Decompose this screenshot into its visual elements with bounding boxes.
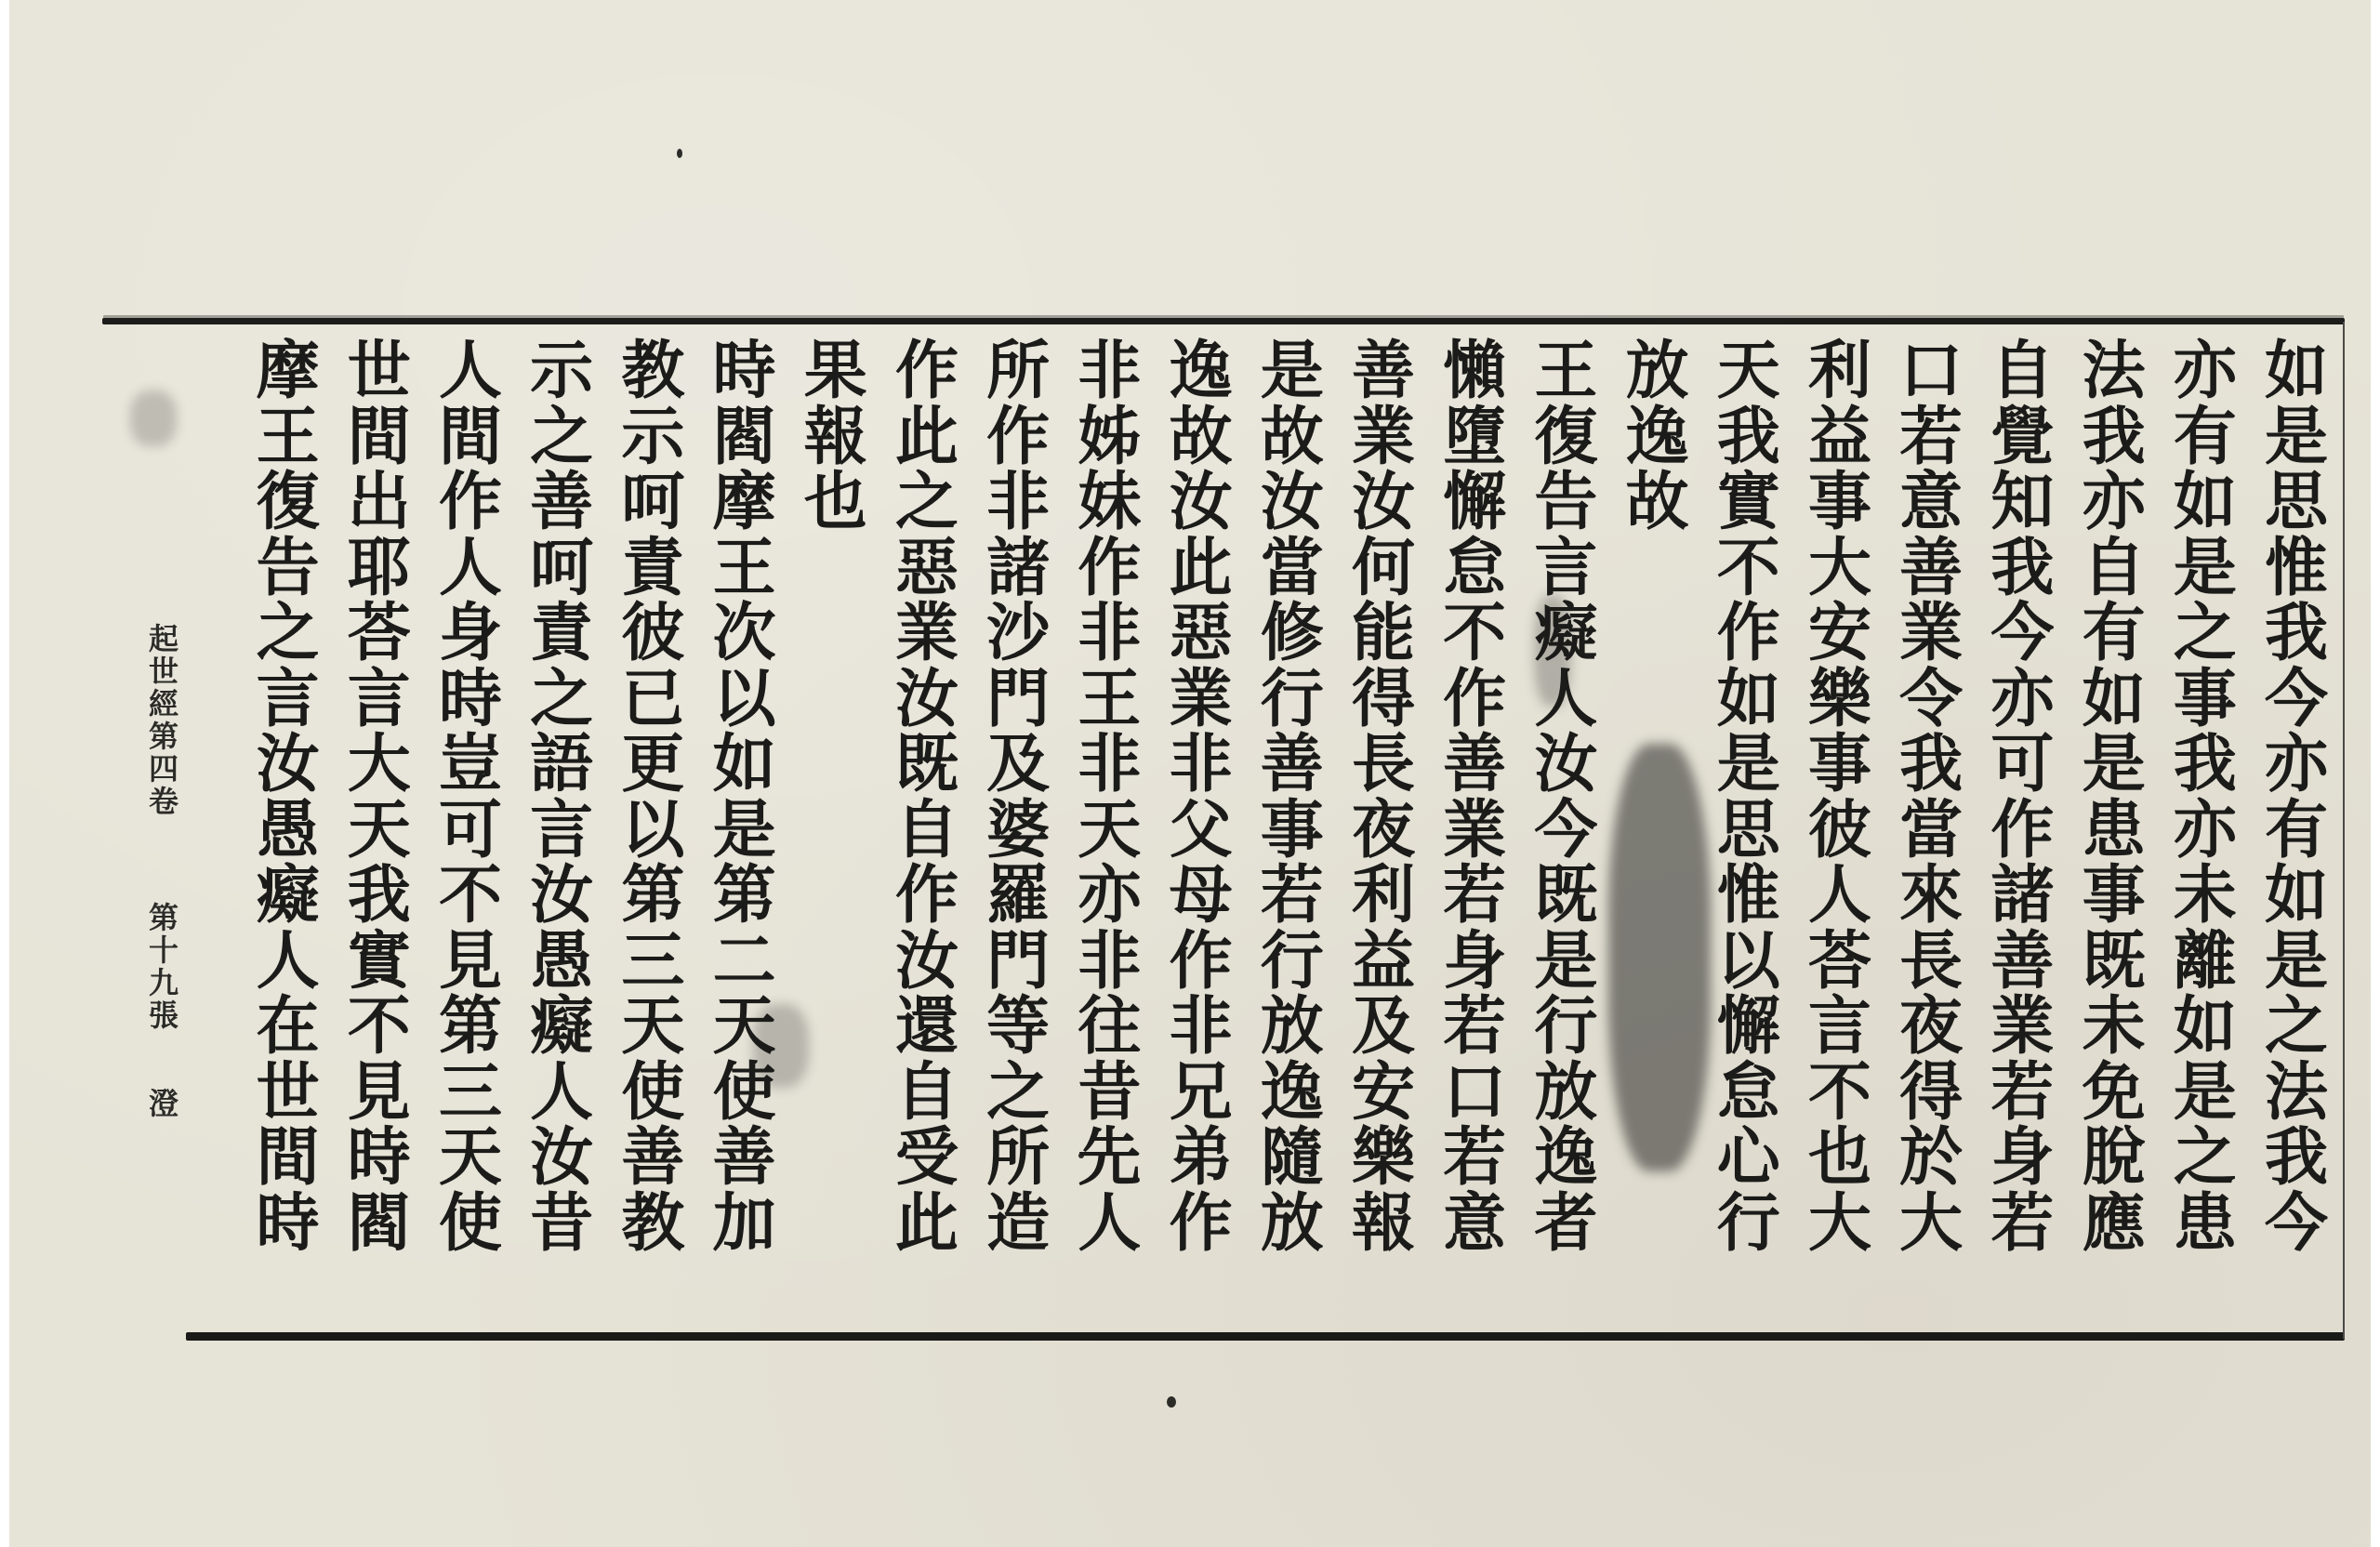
- character: 也: [791, 469, 880, 535]
- character: 門: [973, 929, 1063, 995]
- character: 時: [700, 338, 789, 404]
- character: 之: [2161, 1125, 2250, 1191]
- character: 逸: [1157, 338, 1246, 404]
- character: 閻: [700, 404, 789, 470]
- character: 作: [882, 338, 972, 404]
- character: 逸: [1248, 1060, 1337, 1126]
- character: 修: [1248, 601, 1337, 667]
- character: 間: [335, 404, 424, 470]
- character: 示: [608, 404, 697, 470]
- character: 羅: [973, 863, 1063, 929]
- text-column: 摩王復告之言汝愚癡人在世間時: [244, 338, 333, 1256]
- character: 自: [1977, 338, 2067, 404]
- character: 作: [1064, 535, 1154, 602]
- character: 以: [608, 798, 697, 864]
- colophon-character: 澄: [149, 1088, 178, 1120]
- character: 來: [1886, 863, 1976, 929]
- character: 安: [1795, 601, 1884, 667]
- ink-smudge: [130, 390, 177, 446]
- text-column: 利益事大安樂事彼人荅言不也大: [1795, 338, 1884, 1256]
- character: 人: [1521, 667, 1610, 733]
- character: 汝: [1521, 732, 1610, 798]
- character: 既: [2069, 929, 2159, 995]
- character: 我: [2252, 601, 2341, 667]
- text-column: 非姊妹作非王非天亦非往昔先人: [1064, 338, 1154, 1256]
- character: 行: [1248, 929, 1337, 995]
- colophon-character: 第: [149, 902, 178, 934]
- character: 如: [1704, 667, 1793, 733]
- character: 業: [1977, 994, 2067, 1060]
- character: 能: [1339, 601, 1428, 667]
- character: 放: [1521, 1060, 1610, 1126]
- character: 以: [1704, 929, 1793, 995]
- character: 報: [791, 404, 880, 470]
- text-column: 放逸故: [1613, 338, 1702, 535]
- character: 天: [1064, 798, 1154, 864]
- character: 之: [882, 469, 972, 535]
- character: 及: [1339, 994, 1428, 1060]
- character: 益: [1339, 929, 1428, 995]
- character: 如: [700, 732, 789, 798]
- character: 時: [426, 667, 515, 733]
- character: 逸: [1521, 1125, 1610, 1191]
- character: 不: [1795, 1060, 1884, 1126]
- character: 懶: [1430, 338, 1519, 404]
- character: 非: [1157, 732, 1246, 798]
- character: 懈: [1704, 994, 1793, 1060]
- character: 逸: [1613, 404, 1702, 470]
- character: 不: [1430, 601, 1519, 667]
- character: 王: [244, 404, 333, 470]
- character: 世: [335, 338, 424, 404]
- character: 非: [1157, 994, 1246, 1060]
- character: 是: [2161, 1060, 2250, 1126]
- frame-bottom-border: [186, 1332, 2345, 1341]
- character: 心: [1704, 1125, 1793, 1191]
- character: 我: [335, 863, 424, 929]
- character: 若: [1430, 863, 1519, 929]
- colophon-character: 第: [149, 721, 178, 753]
- character: 隨: [1248, 1125, 1337, 1191]
- character: 出: [335, 469, 424, 535]
- colophon-character: 張: [149, 999, 178, 1032]
- frame-top-border: [102, 318, 2345, 324]
- character: 此: [1157, 535, 1246, 602]
- paper-speck: [677, 149, 682, 158]
- character: 未: [2161, 863, 2250, 929]
- colophon-sheet-number: 第十九張: [149, 902, 178, 1032]
- character: 告: [244, 535, 333, 602]
- character: 如: [2252, 863, 2341, 929]
- character: 所: [973, 338, 1063, 404]
- character: 言: [335, 667, 424, 733]
- character: 昔: [1064, 1060, 1154, 1126]
- character: 不: [426, 863, 515, 929]
- character: 亦: [2161, 338, 2250, 404]
- character: 長: [1886, 929, 1976, 995]
- colophon-character: 九: [149, 967, 178, 999]
- character: 我: [1886, 732, 1976, 798]
- character: 惟: [2252, 535, 2341, 602]
- character: 故: [1157, 404, 1246, 470]
- character: 患: [2161, 1191, 2250, 1257]
- character: 在: [244, 994, 333, 1060]
- character: 作: [1977, 798, 2067, 864]
- paper-speck: [1167, 1396, 1176, 1408]
- character: 業: [882, 601, 972, 667]
- character: 之: [517, 667, 606, 733]
- character: 益: [1795, 404, 1884, 470]
- character: 豈: [426, 732, 515, 798]
- character: 利: [1795, 338, 1884, 404]
- character: 大: [1795, 1191, 1884, 1257]
- character: 天: [1704, 338, 1793, 404]
- character: 樂: [1339, 1125, 1428, 1191]
- character: 知: [1977, 469, 2067, 535]
- character: 是: [2252, 404, 2341, 470]
- character: 今: [1521, 798, 1610, 864]
- character: 脫: [2069, 1125, 2159, 1191]
- character: 大: [335, 732, 424, 798]
- character: 身: [1430, 929, 1519, 995]
- character: 既: [882, 732, 972, 798]
- character: 墮: [1430, 404, 1519, 470]
- text-column: 作此之惡業汝既自作汝還自受此: [882, 338, 972, 1256]
- character: 免: [2069, 1060, 2159, 1126]
- character: 世: [244, 1060, 333, 1126]
- character: 荅: [1795, 929, 1884, 995]
- printed-block-frame: 如是思惟我今亦有如是之法我今亦有如是之事我亦未離如是之患法我亦自有如是患事既未免…: [177, 318, 2345, 1341]
- character: 怠: [1704, 1060, 1793, 1126]
- text-column: 果報也: [791, 338, 880, 535]
- character: 言: [1521, 535, 1610, 602]
- character: 長: [1339, 732, 1428, 798]
- character: 受: [882, 1125, 972, 1191]
- character: 使: [700, 1060, 789, 1126]
- character: 離: [2161, 929, 2250, 995]
- character: 次: [700, 601, 789, 667]
- character: 王: [700, 535, 789, 602]
- character: 非: [1064, 338, 1154, 404]
- character: 是: [1248, 338, 1337, 404]
- character: 還: [882, 994, 972, 1060]
- character: 汝: [1248, 469, 1337, 535]
- character: 我: [2069, 404, 2159, 470]
- character: 呵: [608, 469, 697, 535]
- character: 人: [1795, 863, 1884, 929]
- character: 責: [608, 535, 697, 602]
- character: 法: [2252, 1060, 2341, 1126]
- character: 作: [426, 469, 515, 535]
- character: 亦: [1977, 667, 2067, 733]
- text-column: 教示呵責彼已更以第三天使善教: [608, 338, 697, 1256]
- character: 放: [1613, 338, 1702, 404]
- character: 是: [2252, 929, 2341, 995]
- character: 作: [973, 404, 1063, 470]
- character: 善: [517, 469, 606, 535]
- colophon-carver-mark: 澄: [149, 1088, 178, 1120]
- character: 令: [1886, 667, 1976, 733]
- character: 自: [882, 1060, 972, 1126]
- character: 思: [1704, 798, 1793, 864]
- character: 行: [1248, 667, 1337, 733]
- character: 二: [700, 929, 789, 995]
- colophon-character: 經: [149, 688, 178, 721]
- character: 人: [517, 1060, 606, 1126]
- character: 懈: [1430, 469, 1519, 535]
- character: 亦: [1064, 863, 1154, 929]
- colophon-character: 卷: [149, 786, 178, 818]
- character: 所: [973, 1125, 1063, 1191]
- character: 故: [1248, 404, 1337, 470]
- character: 加: [700, 1191, 789, 1257]
- character: 報: [1339, 1191, 1428, 1257]
- character: 呵: [517, 535, 606, 602]
- character: 若: [1977, 1060, 2067, 1126]
- character: 是: [2069, 732, 2159, 798]
- character: 身: [1977, 1125, 2067, 1191]
- character: 法: [2069, 338, 2159, 404]
- character: 善: [700, 1125, 789, 1191]
- character: 行: [1704, 1191, 1793, 1257]
- character: 故: [1613, 469, 1702, 535]
- character: 今: [1977, 601, 2067, 667]
- character: 放: [1248, 1191, 1337, 1257]
- character: 癡: [517, 994, 606, 1060]
- character: 汝: [1157, 469, 1246, 535]
- character: 我: [2161, 732, 2250, 798]
- character: 今: [2252, 1191, 2341, 1257]
- character: 更: [608, 732, 697, 798]
- character: 教: [608, 338, 697, 404]
- character: 是: [2161, 535, 2250, 602]
- character: 母: [1157, 863, 1246, 929]
- character: 言: [1795, 994, 1884, 1060]
- character: 大: [1795, 535, 1884, 602]
- text-column: 如是思惟我今亦有如是之法我今: [2252, 338, 2341, 1256]
- character: 天: [700, 994, 789, 1060]
- character: 可: [426, 798, 515, 864]
- character: 於: [1886, 1125, 1976, 1191]
- character: 事: [1795, 469, 1884, 535]
- character: 語: [517, 732, 606, 798]
- character: 沙: [973, 601, 1063, 667]
- character: 姊: [1064, 404, 1154, 470]
- character: 言: [244, 667, 333, 733]
- character: 兄: [1157, 1060, 1246, 1126]
- character: 示: [517, 338, 606, 404]
- character: 事: [2161, 667, 2250, 733]
- character: 是: [1704, 732, 1793, 798]
- character: 造: [973, 1191, 1063, 1257]
- character: 責: [517, 601, 606, 667]
- character: 使: [608, 1060, 697, 1126]
- character: 作: [1704, 601, 1793, 667]
- character: 善: [1339, 338, 1428, 404]
- character: 教: [608, 1191, 697, 1257]
- character: 復: [1521, 404, 1610, 470]
- character: 不: [1704, 535, 1793, 602]
- character: 不: [335, 994, 424, 1060]
- character: 已: [608, 667, 697, 733]
- colophon-character: 十: [149, 934, 178, 967]
- character: 善: [608, 1125, 697, 1191]
- character: 如: [2069, 667, 2159, 733]
- character: 之: [2161, 601, 2250, 667]
- character: 者: [1521, 1191, 1610, 1257]
- character: 利: [1339, 863, 1428, 929]
- character: 父: [1157, 798, 1246, 864]
- text-column: 時閻摩王次以如是第二天使善加: [700, 338, 789, 1256]
- character: 復: [244, 469, 333, 535]
- character: 夜: [1886, 994, 1976, 1060]
- character: 非: [1064, 601, 1154, 667]
- character: 時: [244, 1191, 333, 1257]
- character: 汝: [244, 732, 333, 798]
- character: 如: [2161, 994, 2250, 1060]
- colophon-character: 起: [149, 623, 178, 655]
- character: 應: [2069, 1191, 2159, 1257]
- character: 事: [1795, 732, 1884, 798]
- text-column: 逸故汝此惡業非父母作非兄弟作: [1157, 338, 1246, 1256]
- character: 汝: [517, 1125, 606, 1191]
- colophon-character: 四: [149, 753, 178, 786]
- character: 以: [700, 667, 789, 733]
- character: 非: [1064, 732, 1154, 798]
- colophon-character: 世: [149, 655, 178, 688]
- character: 時: [335, 1125, 424, 1191]
- character: 安: [1339, 1060, 1428, 1126]
- character: 當: [1886, 798, 1976, 864]
- character: 間: [426, 404, 515, 470]
- character: 天: [608, 994, 697, 1060]
- text-column: 所作非諸沙門及婆羅門等之所造: [973, 338, 1063, 1256]
- character: 之: [973, 1060, 1063, 1126]
- character: 王: [1064, 667, 1154, 733]
- character: 使: [426, 1191, 515, 1257]
- character: 婆: [973, 798, 1063, 864]
- character: 果: [791, 338, 880, 404]
- character: 若: [1430, 1125, 1519, 1191]
- character: 樂: [1795, 667, 1884, 733]
- character: 善: [1430, 732, 1519, 798]
- colophon-title: 起世經第四卷: [149, 623, 178, 818]
- character: 意: [1886, 469, 1976, 535]
- text-column: 人間作人身時豈可不見第三天使: [426, 338, 515, 1256]
- character: 此: [882, 1191, 972, 1257]
- character: 口: [1886, 338, 1976, 404]
- character: 汝: [1339, 469, 1428, 535]
- character: 第: [426, 994, 515, 1060]
- character: 三: [608, 929, 697, 995]
- text-column: 自覺知我今亦可作諸善業若身若: [1977, 338, 2067, 1256]
- character: 等: [973, 994, 1063, 1060]
- character: 如: [2252, 338, 2341, 404]
- character: 汝: [517, 863, 606, 929]
- character: 摩: [700, 469, 789, 535]
- character: 作: [1157, 1191, 1246, 1257]
- character: 可: [1977, 732, 2067, 798]
- frame-right-border: [2343, 322, 2345, 1339]
- character: 癡: [244, 863, 333, 929]
- character: 人: [426, 535, 515, 602]
- character: 天: [426, 1125, 515, 1191]
- character: 業: [1157, 667, 1246, 733]
- character: 業: [1339, 404, 1428, 470]
- character: 覺: [1977, 404, 2067, 470]
- character: 先: [1064, 1125, 1154, 1191]
- text-column: 是故汝當修行善事若行放逸隨放: [1248, 338, 1337, 1256]
- character: 若: [1430, 994, 1519, 1060]
- character: 也: [1795, 1125, 1884, 1191]
- colophon: 起世經第四卷 第十九張 澄: [138, 623, 190, 1120]
- character: 實: [335, 929, 424, 995]
- character: 思: [2252, 469, 2341, 535]
- character: 非: [1064, 929, 1154, 995]
- character: 閻: [335, 1191, 424, 1257]
- text-column: 口若意善業令我當來長夜得於大: [1886, 338, 1976, 1256]
- character: 愚: [517, 929, 606, 995]
- character: 門: [973, 667, 1063, 733]
- character: 作: [1430, 667, 1519, 733]
- character: 之: [244, 601, 333, 667]
- character: 第: [700, 863, 789, 929]
- text-column: 亦有如是之事我亦未離如是之患: [2161, 338, 2250, 1256]
- character: 若: [1886, 404, 1976, 470]
- character: 夜: [1339, 798, 1428, 864]
- character: 今: [2252, 667, 2341, 733]
- character: 耶: [335, 535, 424, 602]
- character: 人: [426, 338, 515, 404]
- character: 摩: [244, 338, 333, 404]
- character: 是: [1521, 929, 1610, 995]
- character: 三: [426, 1060, 515, 1126]
- character: 我: [1704, 404, 1793, 470]
- character: 諸: [973, 535, 1063, 602]
- character: 見: [335, 1060, 424, 1126]
- character: 有: [2161, 404, 2250, 470]
- text-column: 懶墮懈怠不作善業若身若口若意: [1430, 338, 1519, 1256]
- character: 妹: [1064, 469, 1154, 535]
- character: 身: [426, 601, 515, 667]
- character: 癡: [1521, 601, 1610, 667]
- character: 愚: [244, 798, 333, 864]
- character: 王: [1521, 338, 1610, 404]
- character: 汝: [882, 667, 972, 733]
- character: 人: [1064, 1191, 1154, 1257]
- character: 此: [882, 404, 972, 470]
- character: 惡: [1157, 601, 1246, 667]
- character: 告: [1521, 469, 1610, 535]
- character: 惟: [1704, 863, 1793, 929]
- character: 怠: [1430, 535, 1519, 602]
- character: 昔: [517, 1191, 606, 1257]
- character: 惡: [882, 535, 972, 602]
- character: 口: [1430, 1060, 1519, 1126]
- character: 善: [1977, 929, 2067, 995]
- character: 荅: [335, 601, 424, 667]
- character: 諸: [1977, 863, 2067, 929]
- character: 自: [2069, 535, 2159, 602]
- character: 彼: [608, 601, 697, 667]
- character: 善: [1886, 535, 1976, 602]
- text-column: 善業汝何能得長夜利益及安樂報: [1339, 338, 1428, 1256]
- character: 見: [426, 929, 515, 995]
- character: 未: [2069, 994, 2159, 1060]
- character: 非: [973, 469, 1063, 535]
- character: 人: [244, 929, 333, 995]
- text-column: 世間出耶荅言大天我實不見時閻: [335, 338, 424, 1256]
